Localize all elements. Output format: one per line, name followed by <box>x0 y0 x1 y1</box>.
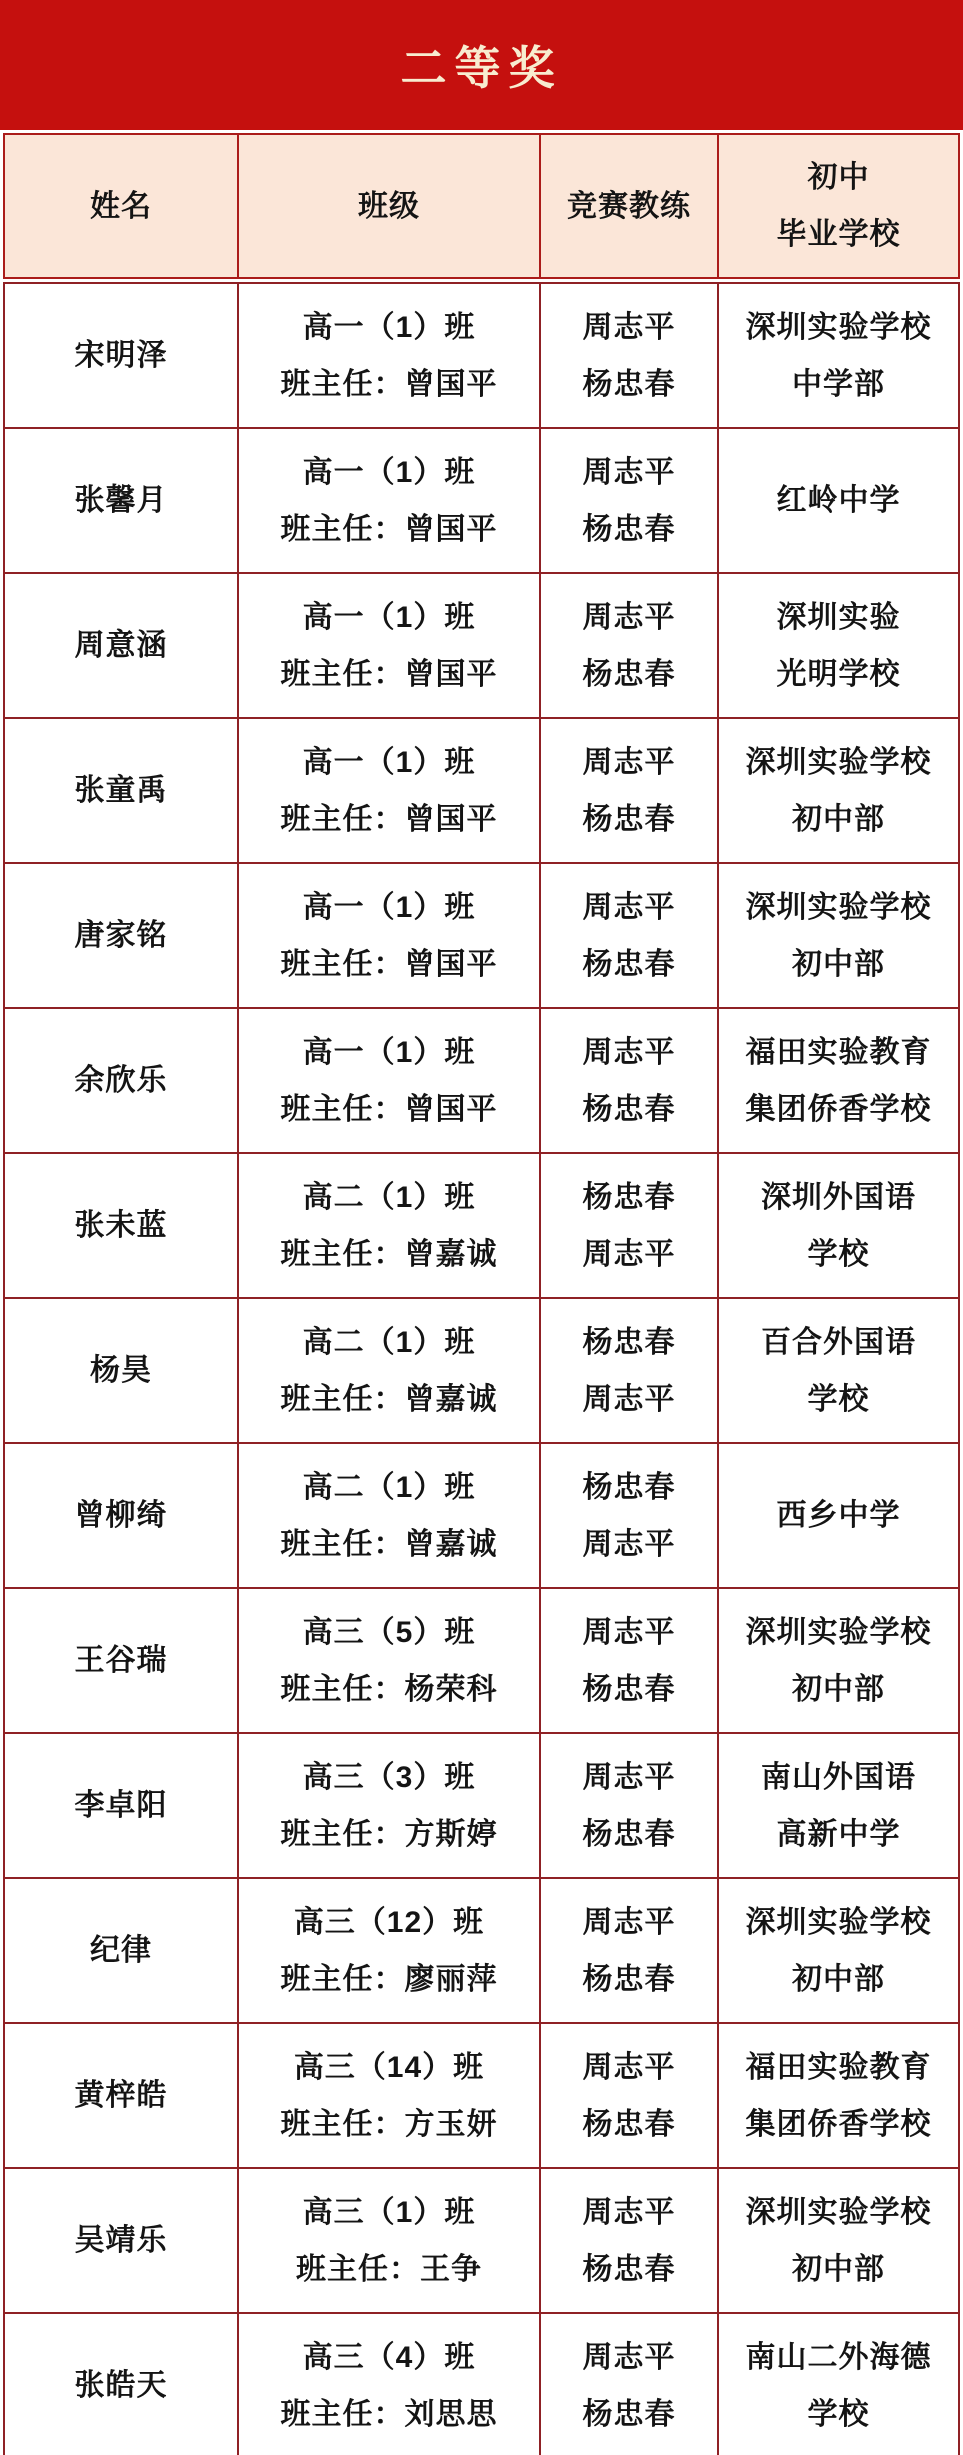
name-cell: 张馨月 <box>5 429 237 572</box>
coach-cell: 周志平 杨忠春 <box>541 574 717 717</box>
name-cell: 纪律 <box>5 1879 237 2022</box>
name-cell: 王谷瑞 <box>5 1589 237 1732</box>
class-cell: 高二（1）班 班主任：曾嘉诚 <box>239 1444 539 1587</box>
school-cell: 西乡中学 <box>719 1444 958 1587</box>
header-cell-school: 初中 毕业学校 <box>719 135 958 277</box>
header-cell-name: 姓名 <box>5 135 237 277</box>
coach-cell: 周志平 杨忠春 <box>541 719 717 862</box>
class-cell: 高一（1）班 班主任：曾国平 <box>239 284 539 427</box>
name-cell: 张皓天 <box>5 2314 237 2455</box>
name-cell: 周意涵 <box>5 574 237 717</box>
school-cell: 红岭中学 <box>719 429 958 572</box>
name-cell: 余欣乐 <box>5 1009 237 1152</box>
school-cell: 百合外国语 学校 <box>719 1299 958 1442</box>
school-cell: 深圳实验学校 初中部 <box>719 1589 958 1732</box>
coach-cell: 周志平 杨忠春 <box>541 284 717 427</box>
coach-cell: 周志平 杨忠春 <box>541 1879 717 2022</box>
name-cell: 唐家铭 <box>5 864 237 1007</box>
class-cell: 高三（4）班 班主任：刘思思 <box>239 2314 539 2455</box>
coach-cell: 周志平 杨忠春 <box>541 2314 717 2455</box>
school-cell: 深圳实验学校 初中部 <box>719 719 958 862</box>
class-cell: 高三（1）班 班主任：王争 <box>239 2169 539 2312</box>
school-cell: 南山外国语 高新中学 <box>719 1734 958 1877</box>
coach-cell: 周志平 杨忠春 <box>541 2169 717 2312</box>
prize-banner-title: 二等奖 <box>401 32 563 98</box>
school-cell: 深圳实验学校 初中部 <box>719 1879 958 2022</box>
name-cell: 曾柳绮 <box>5 1444 237 1587</box>
class-cell: 高二（1）班 班主任：曾嘉诚 <box>239 1154 539 1297</box>
coach-cell: 杨忠春 周志平 <box>541 1154 717 1297</box>
class-cell: 高三（3）班 班主任：方斯婷 <box>239 1734 539 1877</box>
coach-cell: 周志平 杨忠春 <box>541 2024 717 2167</box>
coach-cell: 周志平 杨忠春 <box>541 429 717 572</box>
table-header-row: 姓名 班级 竞赛教练 初中 毕业学校 <box>3 133 960 279</box>
results-table: 宋明泽 高一（1）班 班主任：曾国平 周志平 杨忠春 深圳实验学校 中学部 张馨… <box>3 282 960 2455</box>
class-cell: 高三（14）班 班主任：方玉妍 <box>239 2024 539 2167</box>
header-cell-coach: 竞赛教练 <box>541 135 717 277</box>
prize-banner: 二等奖 <box>0 0 963 130</box>
class-cell: 高一（1）班 班主任：曾国平 <box>239 719 539 862</box>
coach-cell: 杨忠春 周志平 <box>541 1444 717 1587</box>
name-cell: 张未蓝 <box>5 1154 237 1297</box>
class-cell: 高一（1）班 班主任：曾国平 <box>239 1009 539 1152</box>
class-cell: 高三（5）班 班主任：杨荣科 <box>239 1589 539 1732</box>
school-cell: 深圳实验学校 中学部 <box>719 284 958 427</box>
name-cell: 吴靖乐 <box>5 2169 237 2312</box>
coach-cell: 周志平 杨忠春 <box>541 1009 717 1152</box>
school-cell: 福田实验教育 集团侨香学校 <box>719 2024 958 2167</box>
school-cell: 深圳实验学校 初中部 <box>719 864 958 1007</box>
coach-cell: 周志平 杨忠春 <box>541 1589 717 1732</box>
coach-cell: 周志平 杨忠春 <box>541 864 717 1007</box>
coach-cell: 周志平 杨忠春 <box>541 1734 717 1877</box>
school-cell: 福田实验教育 集团侨香学校 <box>719 1009 958 1152</box>
school-cell: 深圳实验学校 初中部 <box>719 2169 958 2312</box>
school-cell: 深圳外国语 学校 <box>719 1154 958 1297</box>
school-cell: 深圳实验 光明学校 <box>719 574 958 717</box>
class-cell: 高三（12）班 班主任：廖丽萍 <box>239 1879 539 2022</box>
name-cell: 张童禹 <box>5 719 237 862</box>
class-cell: 高一（1）班 班主任：曾国平 <box>239 429 539 572</box>
class-cell: 高一（1）班 班主任：曾国平 <box>239 864 539 1007</box>
name-cell: 李卓阳 <box>5 1734 237 1877</box>
name-cell: 杨昊 <box>5 1299 237 1442</box>
school-cell: 南山二外海德 学校 <box>719 2314 958 2455</box>
name-cell: 黄梓皓 <box>5 2024 237 2167</box>
header-cell-class: 班级 <box>239 135 539 277</box>
class-cell: 高一（1）班 班主任：曾国平 <box>239 574 539 717</box>
class-cell: 高二（1）班 班主任：曾嘉诚 <box>239 1299 539 1442</box>
coach-cell: 杨忠春 周志平 <box>541 1299 717 1442</box>
name-cell: 宋明泽 <box>5 284 237 427</box>
